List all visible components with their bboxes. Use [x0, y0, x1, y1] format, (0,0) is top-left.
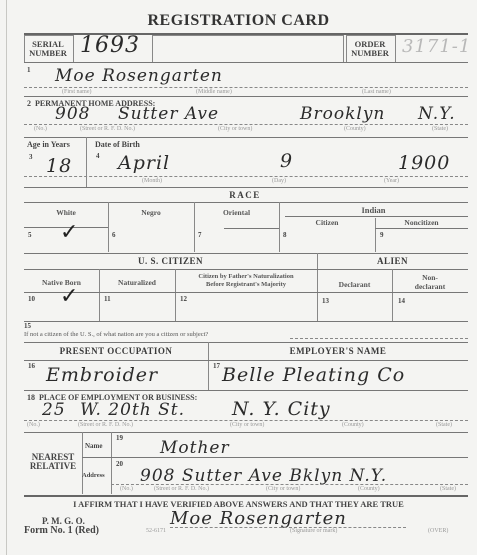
field-number: 7 — [198, 231, 202, 239]
divider — [24, 360, 468, 361]
divider — [24, 432, 468, 433]
sublabel-street: (Street or R. F. D. No.) — [154, 486, 209, 492]
sublabel-county: (County) — [342, 422, 364, 428]
sublabel-state: (State) — [436, 422, 452, 428]
sublabel-county: (County) — [358, 486, 380, 492]
card-title: REGISTRATION CARD — [0, 12, 477, 30]
divider — [375, 228, 468, 229]
sublabel-year: (Year) — [384, 178, 399, 184]
race-white-label: White — [24, 208, 108, 217]
race-indian-label: Indian — [279, 205, 468, 215]
race-heading: RACE — [200, 190, 290, 200]
occupation-value: Embroider — [46, 364, 158, 386]
sublabel-no: (No.) — [27, 422, 40, 428]
nationality-question: If not a citizen of the U. S., of what n… — [24, 331, 208, 338]
divider — [24, 420, 468, 421]
employer-heading: EMPLOYER'S NAME — [208, 346, 468, 356]
us-citizen-heading: U. S. CITIZEN — [24, 256, 317, 266]
divider — [24, 96, 468, 97]
field-number: 15 — [24, 322, 31, 330]
relative-address-label: Address — [82, 472, 105, 479]
race-indian-noncitizen-label: Noncitizen — [375, 218, 468, 227]
divider — [24, 202, 468, 203]
divider — [24, 87, 468, 88]
home-address-number: 908 — [55, 104, 90, 124]
scan-edge — [6, 0, 7, 555]
order-number-value: 3171-1 — [402, 36, 471, 57]
divider — [24, 269, 468, 270]
sublabel-city: (City or town) — [266, 486, 300, 492]
divider — [24, 321, 468, 322]
sublabel-no: (No.) — [120, 486, 133, 492]
field-number: 14 — [398, 297, 405, 305]
employment-address-number: 25 — [42, 400, 66, 420]
sublabel-middle-name: (Middle name) — [196, 89, 232, 95]
divider — [99, 269, 100, 321]
divider — [111, 484, 468, 485]
sublabel-city: (City or town) — [218, 126, 252, 132]
field-number: 5 — [28, 231, 32, 239]
field-number: 17 — [213, 362, 220, 370]
employment-address-street: W. 20th St. — [80, 400, 185, 420]
divider — [82, 457, 468, 458]
alien-heading: ALIEN — [317, 256, 468, 266]
sublabel-month: (Month) — [142, 178, 162, 184]
employer-value: Belle Pleating Co — [222, 364, 405, 386]
sublabel-street: (Street or R. F. D. No.) — [78, 422, 133, 428]
divider — [24, 495, 468, 497]
divider — [24, 187, 468, 188]
field-number: 12 — [180, 295, 187, 303]
registrant-name: Moe Rosengarten — [55, 66, 223, 86]
naturalized-label: Naturalized — [99, 278, 175, 287]
dob-month: April — [118, 152, 170, 174]
divider — [24, 253, 468, 254]
relative-name-value: Mother — [160, 438, 230, 458]
home-address-state: N.Y. — [418, 104, 456, 124]
dob-year: 1900 — [398, 152, 450, 174]
race-indian-citizen-label: Citizen — [279, 218, 375, 227]
divider — [24, 390, 468, 391]
employment-address-city: N. Y. City — [232, 398, 331, 420]
checkmark-icon: ✓ — [60, 284, 78, 309]
race-negro-label: Negro — [108, 208, 194, 217]
field-number: 19 — [116, 434, 123, 442]
serial-number-label: SERIAL NUMBER — [24, 40, 72, 58]
age-label: Age in Years — [27, 140, 70, 149]
field-number: 20 — [116, 460, 123, 468]
field-number: 6 — [112, 231, 116, 239]
field-number: 16 — [28, 362, 35, 370]
divider — [24, 124, 468, 125]
field-number: 13 — [322, 297, 329, 305]
serial-number-value: 1693 — [80, 33, 140, 58]
field-number: 3 — [29, 153, 33, 161]
blank-box — [152, 35, 344, 63]
checkmark-icon: ✓ — [60, 220, 78, 245]
sublabel-no: (No.) — [34, 126, 47, 132]
citizen-by-father-label: Citizen by Father's Naturalization Befor… — [175, 273, 317, 289]
divider — [224, 228, 279, 229]
field-number: 10 — [28, 295, 35, 303]
sublabel-street: (Street or R. F. D. No.) — [80, 126, 135, 132]
divider — [170, 527, 406, 528]
sublabel-city: (City or town) — [230, 422, 264, 428]
race-oriental-label: Oriental — [194, 208, 279, 217]
print-code: 52-6171 — [146, 528, 166, 534]
sublabel-day: (Day) — [272, 178, 286, 184]
occupation-heading: PRESENT OCCUPATION — [24, 346, 208, 356]
divider — [24, 62, 468, 63]
divider — [24, 137, 468, 138]
field-number: 4 — [96, 152, 100, 160]
divider — [290, 338, 468, 339]
field-number: 11 — [104, 295, 111, 303]
divider — [86, 137, 87, 187]
sublabel-county: (County) — [344, 126, 366, 132]
declarant-label: Declarant — [317, 280, 392, 289]
field-number: 9 — [380, 231, 384, 239]
sublabel-first-name: (First name) — [62, 89, 92, 95]
registrant-signature: Moe Rosengarten — [170, 508, 347, 529]
relative-address-value: 908 Sutter Ave Bklyn N.Y. — [140, 466, 387, 486]
divider — [24, 292, 468, 293]
registration-card: REGISTRATION CARD SERIAL NUMBER 1693 ORD… — [0, 0, 477, 555]
sublabel-state: (State) — [432, 126, 448, 132]
home-address-city: Brooklyn — [300, 104, 385, 124]
divider — [24, 176, 468, 177]
signature-label: (Signature or mark) — [290, 528, 337, 534]
relative-name-label: Name — [85, 442, 103, 450]
dob-day: 9 — [280, 150, 293, 172]
order-number-label: ORDER NUMBER — [346, 40, 394, 58]
non-declarant-label: Non- declarant — [392, 273, 468, 291]
field-number: 8 — [283, 231, 287, 239]
divider — [285, 216, 468, 217]
divider — [82, 432, 83, 494]
nearest-relative-heading: NEAREST RELATIVE — [24, 453, 82, 471]
dob-label: Date of Birth — [95, 140, 140, 149]
home-address-street: Sutter Ave — [118, 104, 219, 124]
field-number: 1 — [27, 66, 31, 74]
form-id: P. M. G. O. Form No. 1 (Red) — [24, 516, 134, 536]
divider — [24, 342, 468, 343]
sublabel-state: (State) — [440, 486, 456, 492]
age-value: 18 — [46, 155, 72, 177]
sublabel-last-name: (Last name) — [362, 89, 391, 95]
over-label: (OVER) — [428, 528, 448, 534]
